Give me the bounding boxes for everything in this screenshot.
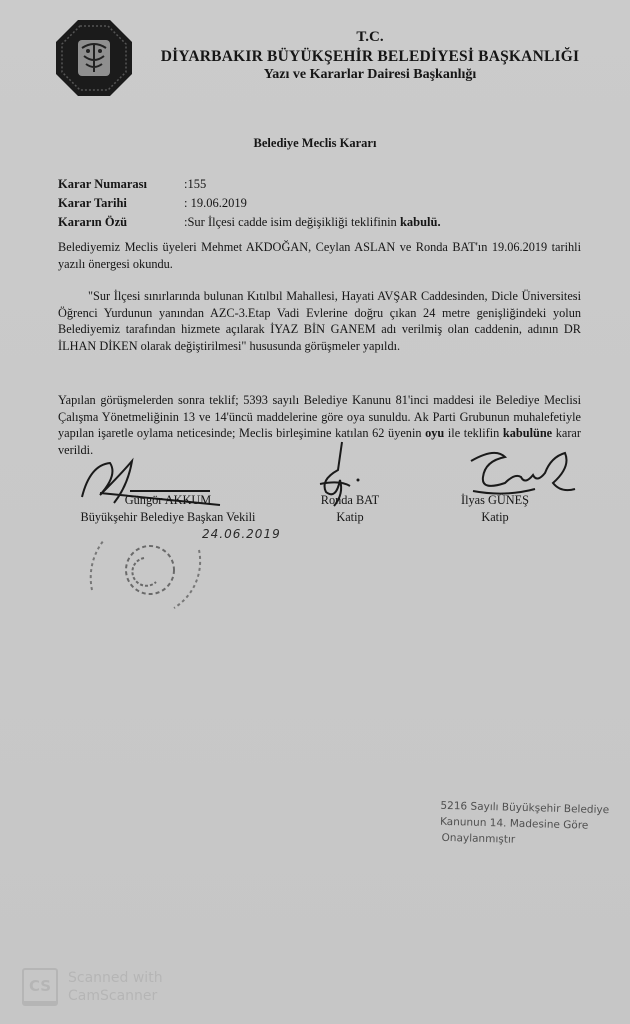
meta-row-number: Karar Numarası :155: [58, 175, 441, 194]
paragraph-1: Belediyemiz Meclis üyeleri Mehmet AKDOĞA…: [58, 239, 581, 272]
paragraph-2: "Sur İlçesi sınırlarında bulunan Kıtılbı…: [58, 288, 581, 354]
signatory-2: Ronda BAT Katip: [300, 492, 400, 526]
header-department: Yazı ve Kararlar Dairesi Başkanlığı: [140, 66, 600, 84]
signatory-title: Büyükşehir Belediye Başkan Vekili: [58, 509, 278, 526]
paragraph-3: Yapılan görüşmelerden sonra teklif; 5393…: [58, 392, 581, 458]
meta-value: :Sur İlçesi cadde isim değişikliği tekli…: [184, 213, 441, 232]
meta-value: :155: [184, 175, 206, 194]
header-tc: T.C.: [140, 28, 600, 47]
meta-label: Karar Tarihi: [58, 194, 184, 213]
letterhead: T.C. DİYARBAKIR BÜYÜKŞEHİR BELEDİYESİ BA…: [140, 28, 600, 84]
decision-meta: Karar Numarası :155 Karar Tarihi : 19.06…: [58, 175, 441, 232]
p3-bold: kabulüne: [503, 426, 552, 440]
meta-label: Kararın Özü: [58, 213, 184, 232]
meta-value-text: :Sur İlçesi cadde isim değişikliği tekli…: [184, 215, 400, 229]
approval-annotation: 5216 Sayılı Büyükşehir Belediye Kanunun …: [439, 798, 609, 850]
official-seal-icon: [84, 530, 209, 610]
p3-bold: oyu: [425, 426, 444, 440]
paragraph-2-text: "Sur İlçesi sınırlarında bulunan Kıtılbı…: [58, 289, 581, 353]
document-title: Belediye Meclis Kararı: [0, 136, 630, 151]
camscanner-watermark: CS Scanned with CamScanner: [22, 968, 163, 1006]
meta-row-date: Karar Tarihi : 19.06.2019: [58, 194, 441, 213]
signatory-title: Katip: [440, 509, 550, 526]
scanned-document: T.C. DİYARBAKIR BÜYÜKŞEHİR BELEDİYESİ BA…: [0, 0, 630, 1024]
camscanner-logo-icon: CS: [22, 968, 58, 1006]
meta-value-bold: kabulü.: [400, 215, 441, 229]
signatory-3: İlyas GÜNEŞ Katip: [440, 492, 550, 526]
watermark-text: Scanned with CamScanner: [68, 969, 163, 1005]
watermark-line: CamScanner: [68, 987, 163, 1005]
meta-row-summary: Kararın Özü :Sur İlçesi cadde isim değiş…: [58, 213, 441, 232]
watermark-line: Scanned with: [68, 969, 163, 987]
meta-value: : 19.06.2019: [184, 194, 247, 213]
handwritten-date: 24.06.2019: [202, 527, 281, 541]
p3-text: ile teklifin: [444, 426, 503, 440]
header-organization: DİYARBAKIR BÜYÜKŞEHİR BELEDİYESİ BAŞKANL…: [140, 47, 600, 66]
signatory-1: Güngör AKKUM Büyükşehir Belediye Başkan …: [58, 492, 278, 526]
municipality-emblem-icon: [54, 18, 134, 98]
signatory-name: Güngör AKKUM: [58, 492, 278, 509]
meta-label: Karar Numarası: [58, 175, 184, 194]
signatory-name: Ronda BAT: [300, 492, 400, 509]
signatory-title: Katip: [300, 509, 400, 526]
signatory-name: İlyas GÜNEŞ: [440, 492, 550, 509]
